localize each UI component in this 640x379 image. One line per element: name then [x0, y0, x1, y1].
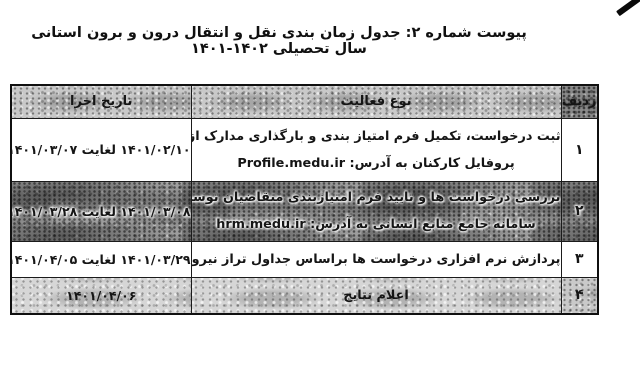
activity-line: سامانه جامع منابع انسانی به آدرس: hrm.me… — [192, 211, 561, 238]
header-execution-date: تاریخ اجرا — [11, 85, 191, 118]
row-number-cell: ۲ — [561, 181, 598, 241]
activity-cell: ثبت درخواست، تکمیل فرم امتیاز بندی و بار… — [191, 118, 561, 181]
table-row-1: ۱ ثبت درخواست، تکمیل فرم امتیاز بندی و ب… — [11, 118, 598, 181]
activity-line: پردازش نرم افزاری درخواست ها براساس جداو… — [192, 252, 561, 267]
table-row-2: ۲ بررسی درخواست ها و تایید فرم امتیازبند… — [11, 181, 598, 241]
activity-cell: پردازش نرم افزاری درخواست ها براساس جداو… — [191, 241, 561, 277]
activity-line: بررسی درخواست ها و تایید فرم امتیازبندی … — [192, 184, 561, 211]
date-cell: ۱۴۰۱/۰۳/۲۹ لغایت ۱۴۰۱/۰۴/۰۵ — [11, 241, 191, 277]
date-cell: ۱۴۰۱/۰۲/۱۰ لغایت ۱۴۰۱/۰۳/۰۷ — [11, 118, 191, 181]
activity-cell: اعلام نتایج — [191, 277, 561, 314]
header-row-number: ردیف — [561, 85, 598, 118]
document-title: پیوست شماره ۲: جدول زمان بندی نقل و انتق… — [18, 25, 540, 57]
scan-artifact-mark — [616, 0, 640, 16]
date-cell: ۱۴۰۱/۰۳/۰۸ لغایت ۱۴۰۱/۰۳/۲۸ — [11, 181, 191, 241]
row-number-cell: ۴ — [561, 277, 598, 314]
row-number-cell: ۳ — [561, 241, 598, 277]
schedule-table: ردیف نوع فعالیت تاریخ اجرا ۱ ثبت درخواست… — [10, 84, 599, 315]
activity-cell: بررسی درخواست ها و تایید فرم امتیازبندی … — [191, 181, 561, 241]
activity-line: اعلام نتایج — [192, 288, 561, 303]
table-row-4: ۴ اعلام نتایج ۱۴۰۱/۰۴/۰۶ — [11, 277, 598, 314]
activity-line: پروفایل کارکنان به آدرس: Profile.medu.ir — [192, 150, 561, 177]
header-activity-type: نوع فعالیت — [191, 85, 561, 118]
scanned-document-page: پیوست شماره ۲: جدول زمان بندی نقل و انتق… — [0, 0, 640, 379]
table-row-3: ۳ پردازش نرم افزاری درخواست ها براساس جد… — [11, 241, 598, 277]
row-number-cell: ۱ — [561, 118, 598, 181]
activity-line: ثبت درخواست، تکمیل فرم امتیاز بندی و بار… — [192, 123, 561, 150]
date-cell: ۱۴۰۱/۰۴/۰۶ — [11, 277, 191, 314]
table-header-row: ردیف نوع فعالیت تاریخ اجرا — [11, 85, 598, 118]
